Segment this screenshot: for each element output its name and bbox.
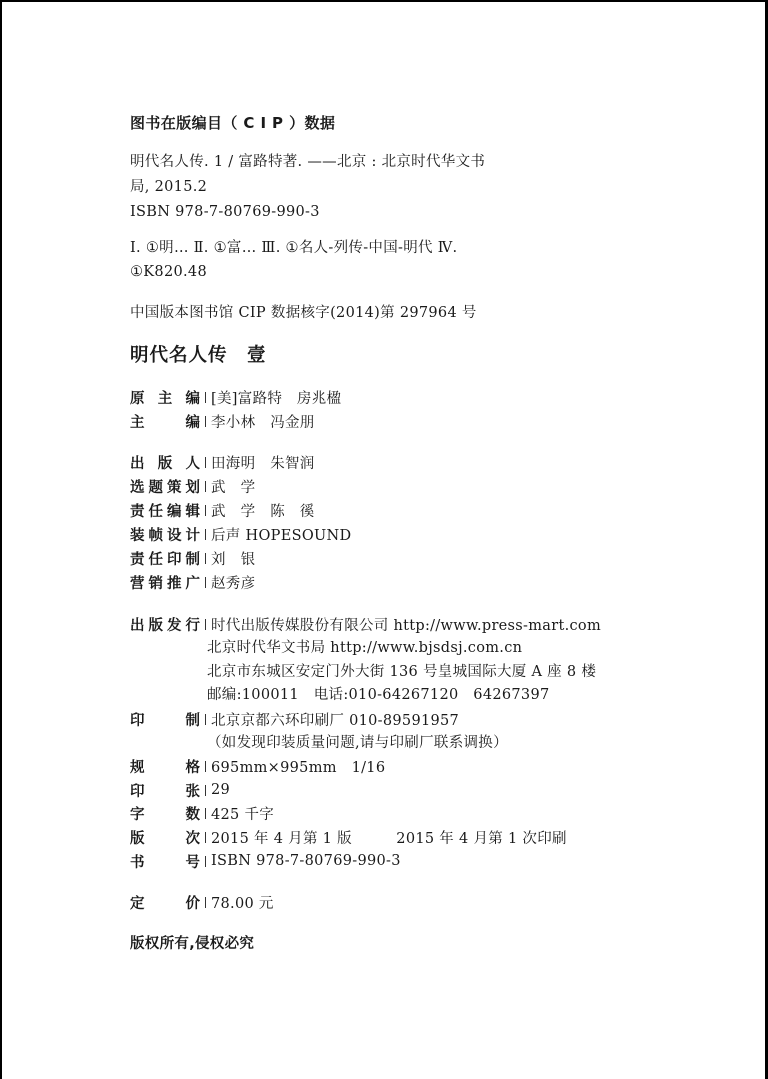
spec-row-edition: 版次 2015 年 4 月第 1 版 2015 年 4 月第 1 次印刷	[130, 827, 567, 847]
spec-row-sheets: 印张 29	[130, 780, 230, 800]
separator	[205, 761, 206, 772]
spec-value: 2015 年 4 月第 1 版 2015 年 4 月第 1 次印刷	[211, 827, 567, 848]
price-row: 定价 78.00 元	[130, 892, 274, 912]
publisher-bookstore-line: 北京时代华文书局 http://www.bjsdsj.com.cn	[207, 638, 522, 658]
separator	[205, 856, 206, 867]
credit-row-editors: 主编 李小林 冯金朋	[130, 411, 315, 431]
credit-value: 田海明 朱智润	[211, 452, 315, 473]
credit-value: 刘 银	[211, 548, 255, 569]
spec-value: 29	[211, 782, 230, 798]
separator	[205, 481, 206, 492]
spec-row-isbn: 书号 ISBN 978-7-80769-990-3	[130, 851, 401, 871]
credit-label: 出版人	[130, 452, 200, 473]
cip-title: 图书在版编目（ C I P ）数据	[130, 113, 335, 133]
credit-row-binding-design: 装帧设计 后声 HOPESOUND	[130, 524, 351, 544]
spec-label: 版次	[130, 827, 200, 848]
price-value: 78.00 元	[211, 892, 274, 913]
separator	[205, 505, 206, 516]
publishing-row: 出版发行 时代出版传媒股份有限公司 http://www.press-mart.…	[130, 614, 601, 634]
spec-label: 规格	[130, 756, 200, 777]
credit-row-print-supervisor: 责任印制 刘 银	[130, 548, 255, 568]
spec-label: 书号	[130, 851, 200, 872]
separator	[205, 577, 206, 588]
credit-value: 武 学	[211, 476, 255, 497]
copyright-notice: 版权所有,侵权必究	[130, 934, 254, 954]
credit-label: 选题策划	[130, 476, 200, 497]
credit-value: 后声 HOPESOUND	[211, 524, 351, 545]
printing-label: 印制	[130, 709, 200, 730]
spec-row-format: 规格 695mm×995mm 1/16	[130, 756, 385, 776]
cip-classification-2: ①K820.48	[130, 262, 207, 282]
credit-value: 赵秀彦	[211, 572, 255, 593]
separator	[205, 553, 206, 564]
copyright-page: 图书在版编目（ C I P ）数据 明代名人传. 1 / 富路特著. ——北京 …	[0, 0, 768, 1079]
credit-row-topic-planning: 选题策划 武 学	[130, 476, 255, 496]
printer-line: 北京京都六环印刷厂 010-89591957	[211, 709, 459, 730]
separator	[205, 714, 206, 725]
printing-row: 印制 北京京都六环印刷厂 010-89591957	[130, 709, 459, 729]
publisher-contact-line: 邮编:100011 电话:010-64267120 64267397	[207, 685, 550, 705]
publishing-label: 出版发行	[130, 614, 200, 635]
credit-label: 装帧设计	[130, 524, 200, 545]
credit-row-original-editors: 原主编 [美]富路特 房兆楹	[130, 387, 341, 407]
cip-entry-line-1: 明代名人传. 1 / 富路特著. ——北京 : 北京时代华文书	[130, 152, 485, 172]
separator	[205, 392, 206, 403]
publisher-line: 时代出版传媒股份有限公司 http://www.press-mart.com	[211, 614, 601, 635]
credit-value: 李小林 冯金朋	[211, 411, 315, 432]
credit-label: 责任编辑	[130, 500, 200, 521]
credit-label: 责任印制	[130, 548, 200, 569]
cip-isbn: ISBN 978-7-80769-990-3	[130, 202, 320, 222]
cip-number: 中国版本图书馆 CIP 数据核字(2014)第 297964 号	[130, 303, 477, 323]
spec-value: ISBN 978-7-80769-990-3	[211, 853, 401, 869]
separator	[205, 416, 206, 427]
price-label: 定价	[130, 892, 200, 913]
separator	[205, 897, 206, 908]
spec-value: 695mm×995mm 1/16	[211, 756, 385, 777]
credit-value: 武 学 陈 徯	[211, 500, 315, 521]
credit-row-responsible-editor: 责任编辑 武 学 陈 徯	[130, 500, 315, 520]
credit-row-marketing: 营销推广 赵秀彦	[130, 572, 255, 592]
spec-row-word-count: 字数 425 千字	[130, 803, 274, 823]
separator	[205, 457, 206, 468]
credit-label: 营销推广	[130, 572, 200, 593]
separator	[205, 529, 206, 540]
separator	[205, 832, 206, 843]
spec-label: 印张	[130, 780, 200, 801]
cip-entry-line-2: 局, 2015.2	[130, 177, 207, 197]
publisher-address-line: 北京市东城区安定门外大街 136 号皇城国际大厦 A 座 8 楼	[207, 662, 596, 682]
separator	[205, 808, 206, 819]
spec-value: 425 千字	[211, 803, 274, 824]
printing-note: （如发现印装质量问题,请与印刷厂联系调换）	[207, 733, 508, 753]
cip-classification-1: Ⅰ. ①明… Ⅱ. ①富… Ⅲ. ①名人-列传-中国-明代 Ⅳ.	[130, 238, 457, 258]
separator	[205, 619, 206, 630]
separator	[205, 785, 206, 796]
credit-label: 原主编	[130, 387, 200, 408]
credit-label: 主编	[130, 411, 200, 432]
credit-row-publisher: 出版人 田海明 朱智润	[130, 452, 315, 472]
book-heading: 明代名人传 壹	[130, 346, 267, 366]
credit-value: [美]富路特 房兆楹	[211, 387, 341, 408]
spec-label: 字数	[130, 803, 200, 824]
